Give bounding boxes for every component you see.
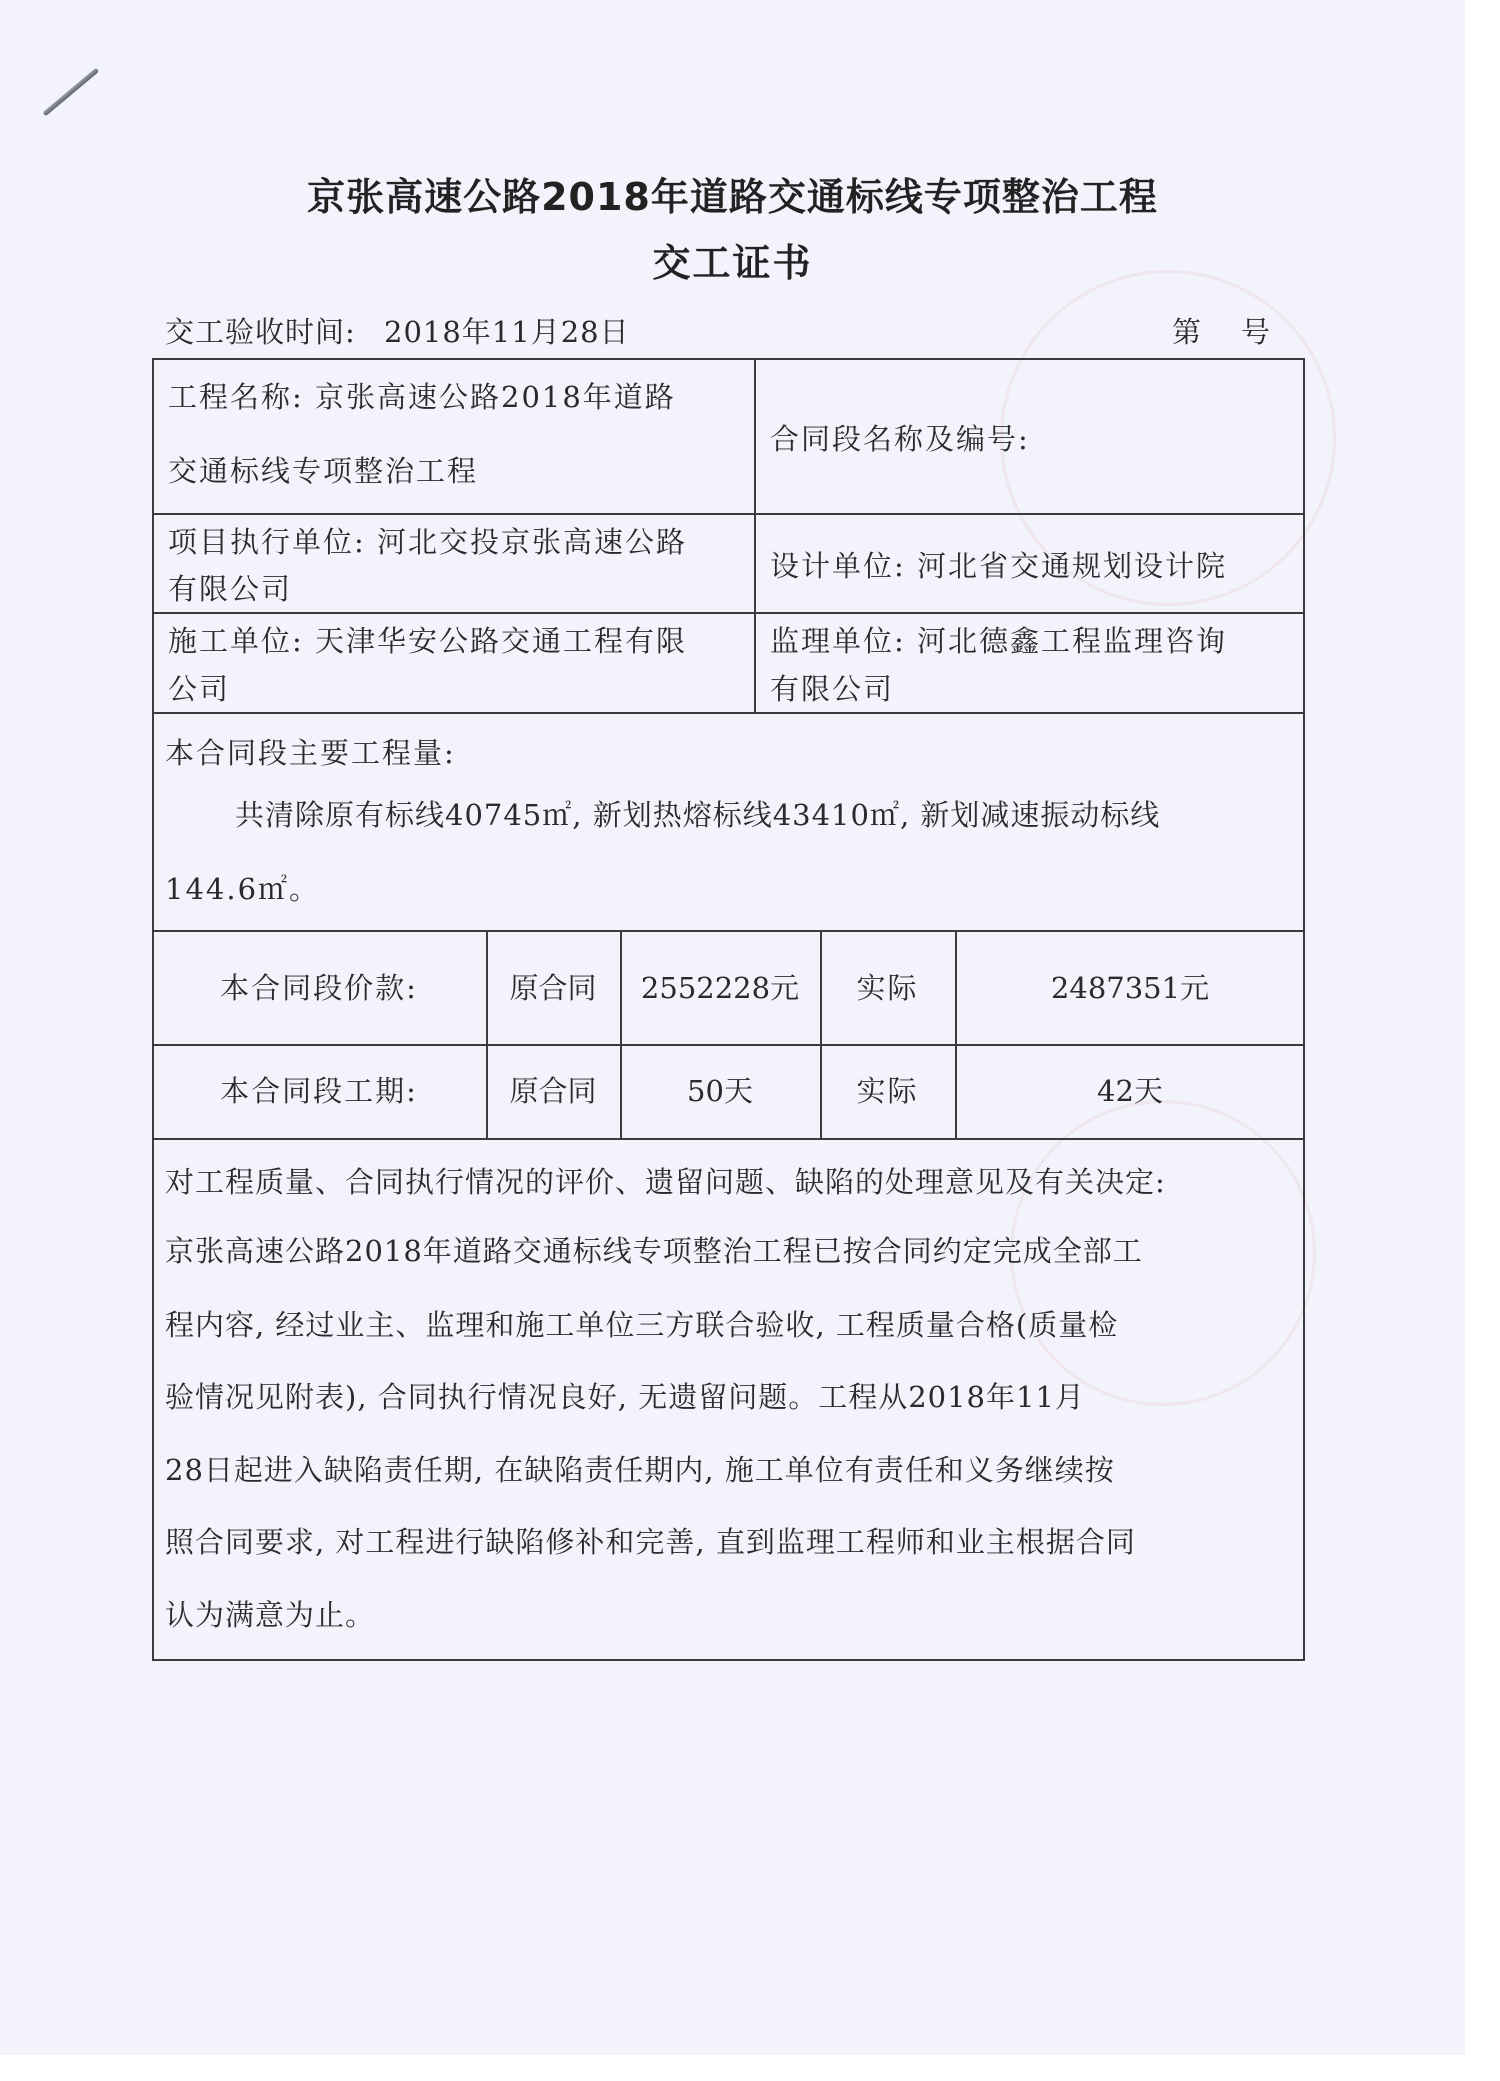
- construction-unit-line1: 施工单位: 天津华安公路交通工程有限: [168, 622, 687, 660]
- evaluation-line: 照合同要求, 对工程进行缺陷修补和完善, 直到监理工程师和业主根据合同: [165, 1523, 1136, 1561]
- executing-unit-line1: 项目执行单位: 河北交投京张高速公路: [168, 523, 687, 561]
- scanned-page: 京张高速公路2018年道路交通标线专项整治工程 交工证书 交工验收时间: 201…: [0, 0, 1465, 2055]
- row-divider: [152, 712, 1305, 714]
- supervision-unit-line2: 有限公司: [770, 670, 894, 708]
- certificate-number: 第号: [1172, 310, 1310, 351]
- duration-actual-value: 42天: [955, 1072, 1305, 1110]
- number-prefix: 第: [1172, 315, 1201, 349]
- supervision-unit-line1: 监理单位: 河北德鑫工程监理咨询: [770, 622, 1227, 660]
- evaluation-line: 京张高速公路2018年道路交通标线专项整治工程已按合同约定完成全部工: [165, 1232, 1143, 1270]
- price-original-label: 原合同: [486, 969, 620, 1007]
- construction-unit-line2: 公司: [168, 670, 230, 708]
- executing-unit-line2: 有限公司: [168, 570, 292, 608]
- staple-mark: [42, 68, 99, 117]
- row-divider: [152, 612, 1305, 614]
- number-suffix: 号: [1241, 315, 1270, 349]
- price-actual-label: 实际: [820, 969, 955, 1007]
- evaluation-line: 验情况见附表), 合同执行情况良好, 无遗留问题。工程从2018年11月: [165, 1378, 1085, 1416]
- duration-label: 本合同段工期:: [152, 1072, 486, 1110]
- evaluation-line: 程内容, 经过业主、监理和施工单位三方联合验收, 工程质量合格(质量检: [165, 1306, 1118, 1344]
- project-name-line1: 工程名称: 京张高速公路2018年道路: [168, 378, 676, 416]
- design-unit: 设计单位: 河北省交通规划设计院: [770, 547, 1227, 585]
- price-label: 本合同段价款:: [152, 969, 486, 1007]
- project-name-line2: 交通标线专项整治工程: [168, 452, 478, 490]
- column-divider: [754, 358, 756, 714]
- row-divider: [152, 930, 1305, 932]
- row-divider: [152, 1138, 1305, 1140]
- duration-original-label: 原合同: [486, 1072, 620, 1110]
- document-title: 京张高速公路2018年道路交通标线专项整治工程: [0, 166, 1465, 221]
- price-actual-value: 2487351元: [955, 969, 1305, 1007]
- contract-section-label: 合同段名称及编号:: [770, 420, 1030, 458]
- quantities-text-line1: 共清除原有标线40745㎡, 新划热熔标线43410㎡, 新划减速振动标线: [235, 796, 1160, 834]
- row-divider: [152, 513, 1305, 515]
- duration-actual-label: 实际: [820, 1072, 955, 1110]
- price-original-value: 2552228元: [620, 969, 820, 1007]
- document-subtitle: 交工证书: [0, 232, 1465, 287]
- acceptance-date: 交工验收时间: 2018年11月28日: [165, 310, 630, 351]
- acceptance-date-label: 交工验收时间:: [165, 315, 356, 349]
- evaluation-heading: 对工程质量、合同执行情况的评价、遗留问题、缺陷的处理意见及有关决定:: [165, 1163, 1166, 1201]
- row-divider: [152, 1044, 1305, 1046]
- acceptance-date-value: 2018年11月28日: [384, 315, 630, 349]
- evaluation-line: 28日起进入缺陷责任期, 在缺陷责任期内, 施工单位有责任和义务继续按: [165, 1451, 1115, 1489]
- quantities-label: 本合同段主要工程量:: [165, 734, 456, 772]
- evaluation-line: 认为满意为止。: [165, 1596, 375, 1634]
- quantities-text-line2: 144.6㎡。: [165, 870, 320, 908]
- duration-original-value: 50天: [620, 1072, 820, 1110]
